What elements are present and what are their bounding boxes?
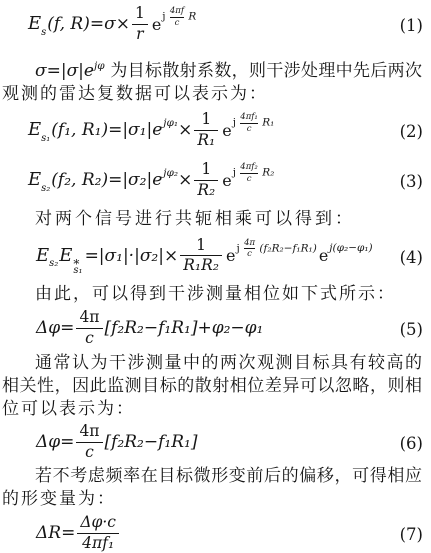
math-e: e <box>222 171 231 190</box>
math-var-E: E <box>28 170 41 191</box>
math-times: × <box>178 121 192 141</box>
math-var-E-conjugate: E <box>59 245 72 266</box>
math-times: × <box>178 171 192 191</box>
equation-3-body: Es₂(f₂, R₂)=|σ₂|ejφ₂×1R₂ej 4πf₂c R₂ <box>28 162 274 199</box>
equation-1: Es(f, R)=σ×1rej 4πfc R (1) <box>0 2 431 48</box>
paragraph-conjugate: 对两个信号进行共轭相乘可以得到： <box>0 208 431 231</box>
math-e: e <box>319 246 328 265</box>
paragraph-text: 为目标散射系数，则干涉处理中先后两次 <box>105 61 422 81</box>
math-expression: (f, R)=σ× <box>47 15 130 35</box>
exponent-fraction-numerator: 4πf₁ <box>240 113 258 123</box>
math-subscript: s₂ <box>49 258 58 269</box>
fraction: 1R₁ <box>194 111 218 148</box>
exponent-j: j <box>233 117 240 129</box>
math-subscript: s₁ <box>41 133 50 144</box>
equation-2: Es₁(f₁, R₁)=|σ₁|ejφ₁×1R₁ej 4πf₁c R₁ (2) <box>0 106 431 156</box>
exponent-fraction-numerator: 4πf <box>170 7 184 17</box>
document-page: Es(f, R)=σ×1rej 4πfc R (1) σ=|σ|ejφ 为目标散… <box>0 0 431 553</box>
equation-6: Δφ=4πc[f₂R₂−f₁R₁] (6) <box>0 421 431 465</box>
math-var-E: E <box>28 120 41 141</box>
fraction-numerator: 4π <box>76 309 102 327</box>
math-lhs: Δφ= <box>36 319 74 339</box>
paragraph-correlation-line2: 相关性，因此监测目标的散射相位差异可以忽略，则相 <box>0 375 431 398</box>
math-expression: (f₁, R₁)=|σ₁|e <box>51 121 162 141</box>
fraction-numerator: Δφ·c <box>77 514 119 532</box>
fraction-numerator: 1 <box>194 111 218 129</box>
equation-5-body: Δφ=4πc[f₂R₂−f₁R₁]+φ₂−φ₁ <box>36 310 263 347</box>
inline-math-sigma: σ=|σ|e <box>35 61 94 81</box>
equation-4: Es₂E*s₁=|σ₁|·|σ₂|×1R₁R₂ej 4πc (f₂R₂−f₁R₁… <box>0 231 431 283</box>
equation-5-number: (5) <box>400 320 423 339</box>
exponent-fraction-denominator: c <box>170 17 184 28</box>
math-subscript: s₁ <box>73 266 82 276</box>
math-exponent-phase: j(φ₂−φ₁) <box>329 243 372 254</box>
exponent-suffix: R₂ <box>259 167 274 179</box>
math-lhs: Δφ= <box>36 433 74 453</box>
equation-2-body: Es₁(f₁, R₁)=|σ₁|ejφ₁×1R₁ej 4πf₁c R₁ <box>28 112 274 149</box>
fraction-denominator: r <box>132 24 148 43</box>
fraction: Δφ·c4πf₁ <box>77 514 119 551</box>
math-e: e <box>222 121 231 140</box>
math-expression: (f₂, R₂)=|σ₂|e <box>51 171 162 191</box>
math-expression: =|σ₁|·|σ₂|× <box>85 246 179 266</box>
fraction: 1R₁R₂ <box>180 237 222 274</box>
fraction-denominator: R₂ <box>194 180 218 199</box>
exponent-j: j <box>236 242 243 254</box>
equation-3: Es₂(f₂, R₂)=|σ₂|ejφ₂×1R₂ej 4πf₂c R₂ (3) <box>0 156 431 206</box>
math-subscript: s <box>41 27 46 38</box>
fraction-denominator: R₁ <box>194 130 218 149</box>
equation-7-body: ΔR=Δφ·c4πf₁ <box>36 515 121 552</box>
exponent-fraction-numerator: 4π <box>244 239 255 249</box>
exponent-fraction-denominator: c <box>240 173 258 184</box>
paragraph-sigma-line1: σ=|σ|ejφ 为目标散射系数，则干涉处理中先后两次 <box>0 55 431 83</box>
math-exponent: j 4πfc R <box>162 7 196 27</box>
fraction: 4πc <box>76 309 102 346</box>
fraction: 1r <box>132 5 148 42</box>
exponent-j: j <box>162 11 169 23</box>
equation-7-number: (7) <box>400 525 423 544</box>
fraction-numerator: 1 <box>194 161 218 179</box>
exponent-suffix: (f₂R₂−f₁R₁) <box>256 242 317 254</box>
exponent-fraction: 4πf₂c <box>240 163 258 183</box>
exponent-j: j <box>233 167 240 179</box>
math-exponent: j 4πf₁c R₁ <box>233 113 275 133</box>
paragraph-deformation-line1: 若不考虑频率在目标微形变前后的偏移，可得相应 <box>0 465 431 488</box>
fraction-denominator: c <box>76 442 102 461</box>
equation-1-number: (1) <box>400 16 423 35</box>
equation-1-body: Es(f, R)=σ×1rej 4πfc R <box>28 6 196 43</box>
math-exponent: j 4πf₂c R₂ <box>233 163 275 183</box>
math-var-E: E <box>36 245 49 266</box>
fraction-numerator: 1 <box>180 237 222 255</box>
math-conjugate-subsup: *s₁ <box>73 258 82 276</box>
equation-3-number: (3) <box>400 172 423 191</box>
equation-5: Δφ=4πc[f₂R₂−f₁R₁]+φ₂−φ₁ (5) <box>0 306 431 352</box>
math-rhs: [f₂R₂−f₁R₁] <box>105 433 198 453</box>
exponent-fraction: 4πc <box>244 239 255 259</box>
exponent-fraction-denominator: c <box>244 248 255 259</box>
paragraph-correlation-line3: 位可以表示为： <box>0 398 431 421</box>
fraction-numerator: 1 <box>132 5 148 23</box>
fraction-denominator: 4πf₁ <box>77 533 119 552</box>
paragraph-sigma-line2: 观测的雷达复数据可以表示为： <box>0 83 431 106</box>
paragraph-correlation-line1: 通常认为干涉测量中的两次观测目标具有较高的 <box>0 352 431 375</box>
math-exponent-phase: jφ₁ <box>163 118 178 129</box>
fraction: 1R₂ <box>194 161 218 198</box>
exponent-fraction-numerator: 4πf₂ <box>240 163 258 173</box>
exponent-suffix: R <box>185 11 196 23</box>
paragraph-deformation-line2: 的形变量为： <box>0 488 431 511</box>
exponent-fraction-denominator: c <box>240 123 258 134</box>
math-e: e <box>226 246 235 265</box>
fraction-denominator: c <box>76 328 102 347</box>
math-rhs: [f₂R₂−f₁R₁]+φ₂−φ₁ <box>105 319 264 339</box>
equation-7: ΔR=Δφ·c4πf₁ (7) <box>0 511 431 553</box>
equation-6-number: (6) <box>400 434 423 453</box>
math-e: e <box>152 15 161 34</box>
equation-4-body: Es₂E*s₁=|σ₁|·|σ₂|×1R₁R₂ej 4πc (f₂R₂−f₁R₁… <box>36 238 373 276</box>
math-subscript: s₂ <box>41 183 50 194</box>
paragraph-interferometric-phase: 由此，可以得到干涉测量相位如下式所示： <box>0 283 431 306</box>
math-var-E: E <box>28 14 41 35</box>
exponent-fraction: 4πfc <box>170 7 184 27</box>
equation-4-number: (4) <box>400 248 423 267</box>
equation-2-number: (2) <box>400 122 423 141</box>
math-lhs: ΔR= <box>36 524 75 544</box>
math-exponent-phase: jφ₂ <box>163 168 178 179</box>
math-exponent: j 4πc (f₂R₂−f₁R₁) <box>236 239 316 259</box>
fraction-denominator: R₁R₂ <box>180 255 222 274</box>
fraction: 4πc <box>76 423 102 460</box>
equation-6-body: Δφ=4πc[f₂R₂−f₁R₁] <box>36 424 197 461</box>
inline-math-exponent: jφ <box>94 60 105 72</box>
fraction-numerator: 4π <box>76 423 102 441</box>
exponent-suffix: R₁ <box>259 117 274 129</box>
exponent-fraction: 4πf₁c <box>240 113 258 133</box>
